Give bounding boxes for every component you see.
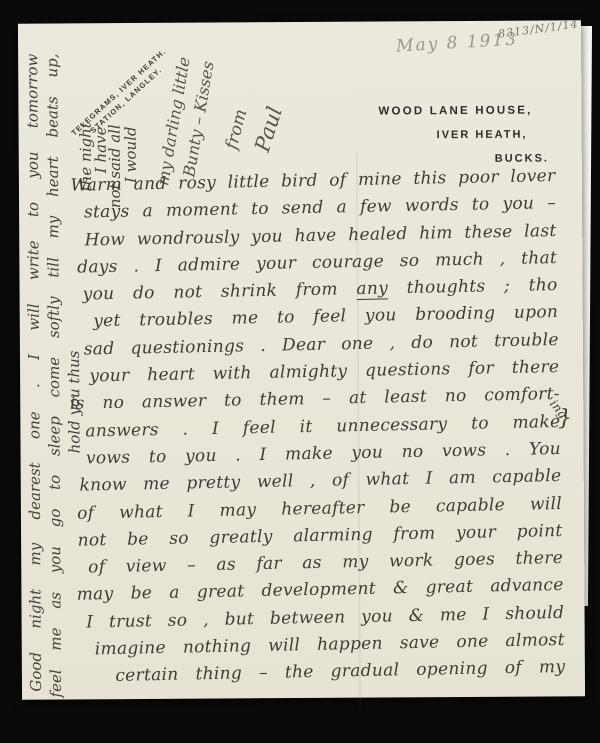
letter-body: Warm and rosy little bird of mine this p… (63, 163, 565, 691)
body-line-5-post: thoughts ; tho (388, 275, 558, 298)
margin-note-i-would: I would (120, 88, 141, 183)
body-line-5-pre: you do not shrink from (83, 279, 357, 304)
letter-paper: May 8 1913 8313/N/1/14 WOOD LANE HOUSE, … (18, 20, 585, 699)
underlined-word-any: any (356, 279, 388, 301)
flourish-brace: } (558, 404, 573, 432)
catalog-number-annotation: 8313/N/1/14 (497, 17, 579, 40)
margin-note-feel-me: feel me as you go to sleep come softly t… (42, 53, 66, 697)
letterhead-address-line-1: WOOD LANE HOUSE, (378, 105, 532, 118)
letterhead-address-line-2: IVER HEATH, (437, 129, 528, 142)
